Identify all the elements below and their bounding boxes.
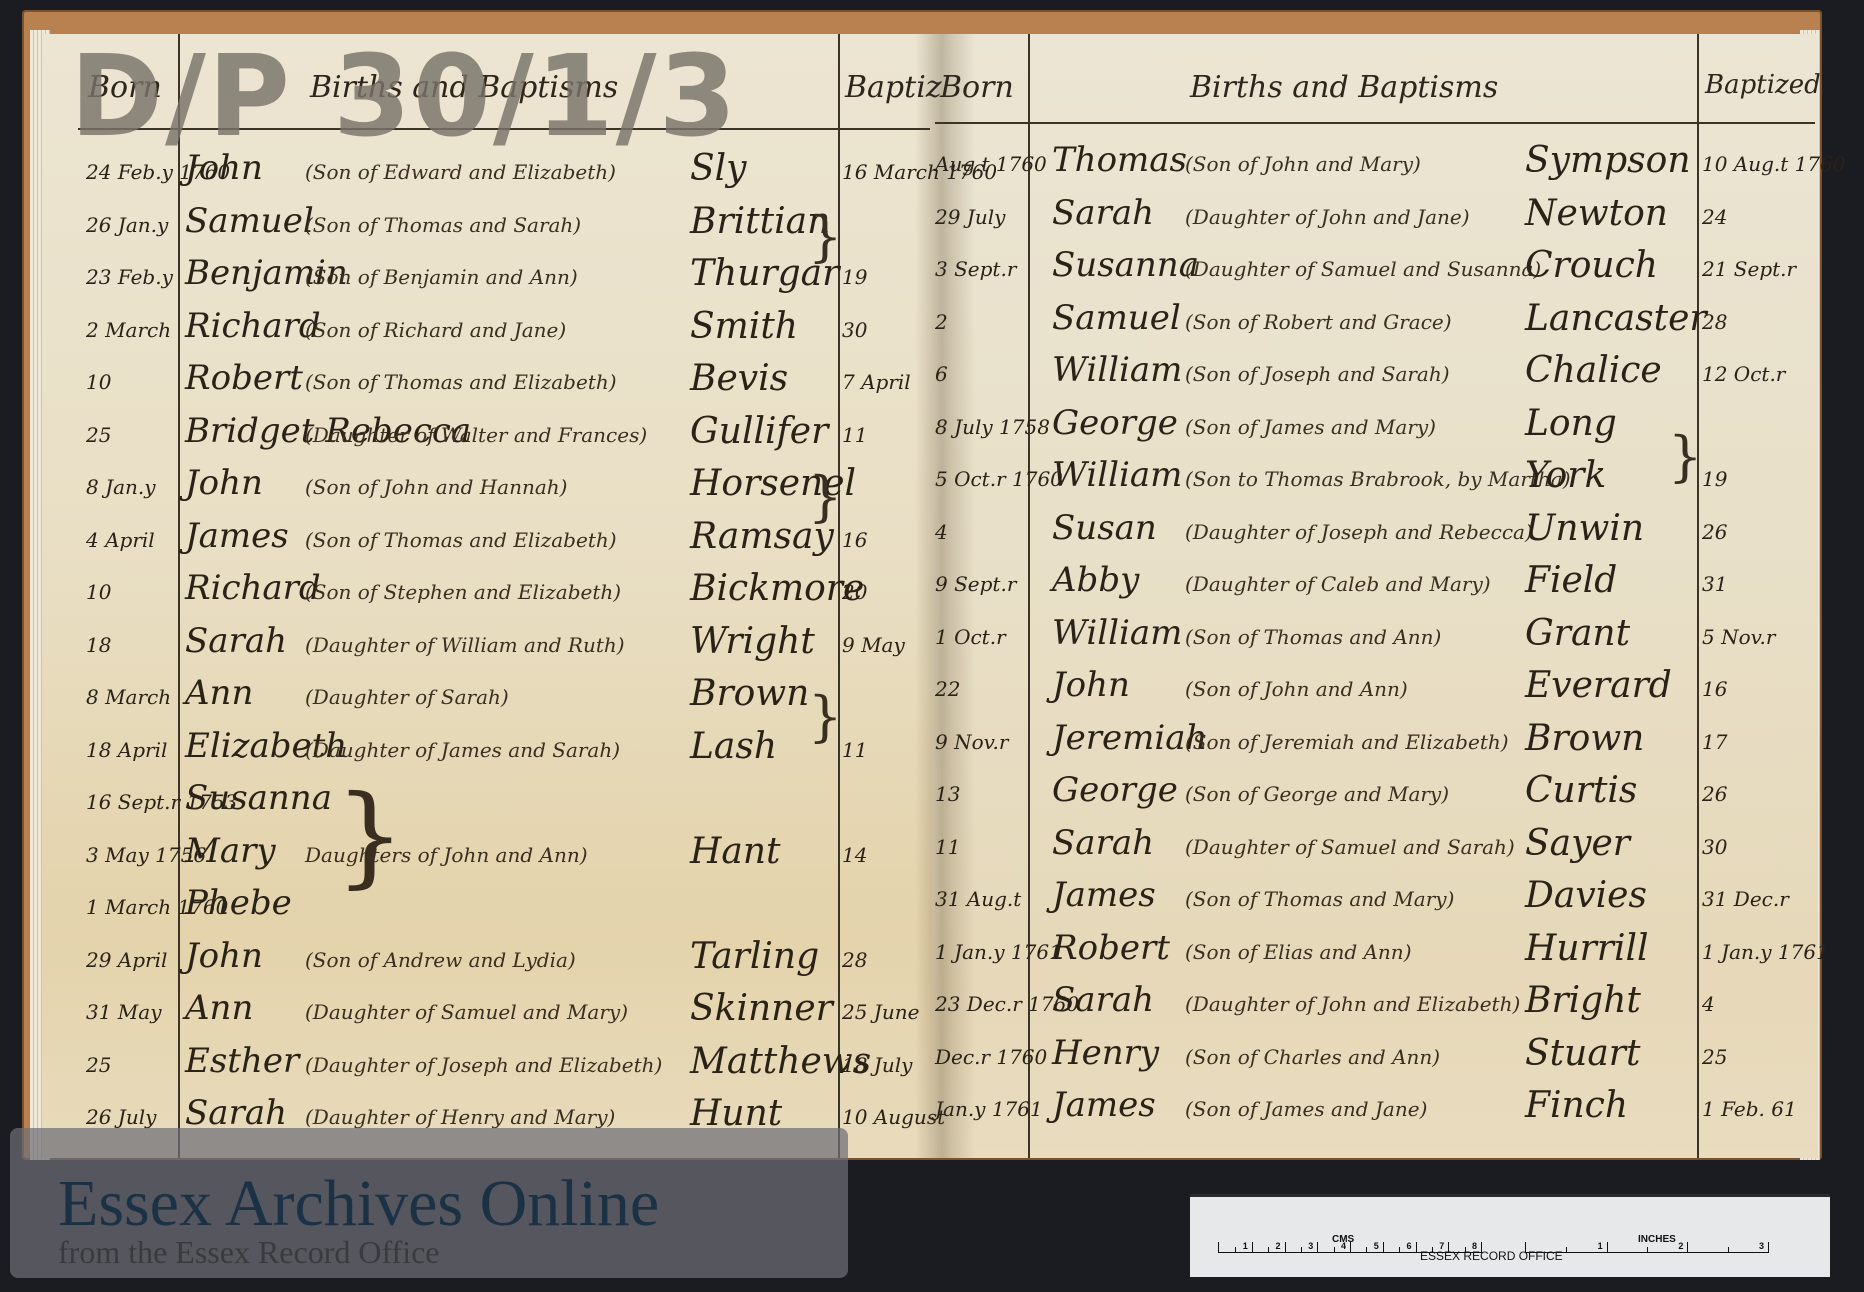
- given-name: Susan: [1052, 508, 1157, 548]
- parents-note: (Son of James and Mary): [1185, 415, 1436, 439]
- given-name: William: [1052, 350, 1182, 390]
- register-entry: 1 Jan.y 1761Robert(Son of Elias and Ann)…: [0, 928, 1864, 978]
- given-name: Sarah: [1052, 193, 1154, 233]
- parents-note: (Daughter of John and Elizabeth): [1185, 992, 1520, 1016]
- surname: York: [1525, 455, 1606, 496]
- parents-note: (Son of Robert and Grace): [1185, 310, 1452, 334]
- ruler-tick: [1301, 1247, 1302, 1252]
- given-name: William: [1052, 613, 1182, 653]
- parents-note: (Son of James and Jane): [1185, 1097, 1427, 1121]
- born-date: 22: [935, 677, 960, 701]
- given-name: James: [1052, 1085, 1156, 1125]
- ruler-number: 1: [1598, 1241, 1603, 1251]
- brace-icon: }: [808, 690, 842, 744]
- ruler-tick: [1687, 1242, 1688, 1252]
- ruler-number: 2: [1678, 1241, 1683, 1251]
- ruler-tick: [1334, 1247, 1335, 1252]
- given-name: Henry: [1052, 1033, 1159, 1073]
- ruler-number: 4: [1341, 1241, 1346, 1251]
- ruler-number: 3: [1759, 1241, 1764, 1251]
- baptism-date: 1 Jan.y 1761: [1702, 940, 1829, 964]
- baptism-date: 16: [1702, 677, 1727, 701]
- surname: Grant: [1525, 613, 1630, 654]
- parents-note: (Daughter of John and Jane): [1185, 205, 1470, 229]
- surname: Everard: [1525, 665, 1672, 706]
- surname: Bright: [1525, 980, 1641, 1021]
- given-name: James: [1052, 875, 1156, 915]
- given-name: Robert: [1052, 928, 1170, 968]
- parents-note: (Son of George and Mary): [1185, 782, 1449, 806]
- parents-note: (Son of John and Ann): [1185, 677, 1408, 701]
- given-name: George: [1052, 770, 1178, 810]
- surname: Finch: [1525, 1085, 1628, 1126]
- ruler-tick: [1252, 1242, 1253, 1252]
- right-born-header: Born: [940, 70, 1014, 105]
- ruler-tick: [1350, 1242, 1351, 1252]
- register-entry: Dec.r 1760Henry(Son of Charles and Ann)S…: [0, 1033, 1864, 1083]
- ruler-tick: [1235, 1247, 1236, 1252]
- register-entry: 8 July 1758George(Son of James and Mary)…: [0, 403, 1864, 453]
- ruler-number: 3: [1308, 1241, 1313, 1251]
- born-date: 29 July: [935, 205, 1005, 229]
- baptism-date: 25: [1702, 1045, 1727, 1069]
- surname: Stuart: [1525, 1033, 1640, 1074]
- parents-note: (Daughter of Samuel and Susanna): [1185, 257, 1541, 281]
- ruler-tick: [1268, 1247, 1269, 1252]
- right-header-rule: [935, 122, 1815, 124]
- parents-note: (Daughter of Joseph and Rebecca): [1185, 520, 1533, 544]
- ruler-tick: [1399, 1247, 1400, 1252]
- ruler-number: 2: [1276, 1241, 1281, 1251]
- register-entry: 2Samuel(Son of Robert and Grace)Lancaste…: [0, 298, 1864, 348]
- archive-banner: Essex Archives Online from the Essex Rec…: [10, 1128, 848, 1278]
- surname: Davies: [1525, 875, 1647, 916]
- ruler-tick: [1383, 1242, 1384, 1252]
- born-date: 3 Sept.r: [935, 257, 1016, 281]
- register-entry: 29 JulySarah(Daughter of John and Jane)N…: [0, 193, 1864, 243]
- baptism-date: 17: [1702, 730, 1727, 754]
- register-entry: 6William(Son of Joseph and Sarah)Chalice…: [0, 350, 1864, 400]
- surname: Crouch: [1525, 245, 1658, 286]
- baptism-date: 10 Aug.t 1760: [1702, 152, 1846, 176]
- brace-icon: }: [1668, 430, 1702, 484]
- ruler-tick: [1647, 1247, 1648, 1252]
- ruler-tick: [1317, 1242, 1318, 1252]
- register-entry: 23 Dec.r 1760Sarah(Daughter of John and …: [0, 980, 1864, 1030]
- left-baptized-header: Baptiz: [845, 70, 942, 105]
- brace-icon: }: [808, 470, 842, 524]
- parents-note: (Daughter of Samuel and Sarah): [1185, 835, 1515, 859]
- surname: Newton: [1525, 193, 1668, 234]
- given-name: John: [1052, 665, 1130, 705]
- baptism-date: 26: [1702, 782, 1727, 806]
- ruler-number: 6: [1407, 1241, 1412, 1251]
- given-name: Susanna: [1052, 245, 1199, 285]
- born-date: 31 Aug.t: [935, 887, 1021, 911]
- surname: Chalice: [1525, 350, 1662, 391]
- right-title-header: Births and Baptisms: [1190, 70, 1498, 105]
- ruler-tick: [1607, 1242, 1608, 1252]
- parents-note: (Son of Charles and Ann): [1185, 1045, 1440, 1069]
- born-date: 2: [935, 310, 948, 334]
- parents-note: (Son of Elias and Ann): [1185, 940, 1412, 964]
- register-entry: 31 Aug.tJames(Son of Thomas and Mary)Dav…: [0, 875, 1864, 925]
- given-name: Thomas: [1052, 140, 1187, 180]
- parents-note: (Son of Thomas and Ann): [1185, 625, 1441, 649]
- baptism-date: 30: [1702, 835, 1727, 859]
- born-date: 4: [935, 520, 948, 544]
- baptism-date: 26: [1702, 520, 1727, 544]
- baptism-date: 5 Nov.r: [1702, 625, 1775, 649]
- surname: Lancaster: [1525, 298, 1707, 339]
- ruler-number: 1: [1243, 1241, 1248, 1251]
- parents-note: (Son of Joseph and Sarah): [1185, 362, 1450, 386]
- surname: Brown: [1525, 718, 1644, 759]
- baptism-date: 19: [1702, 467, 1727, 491]
- ruler-tick: [1566, 1247, 1567, 1252]
- born-date: 1 Jan.y 1761: [935, 940, 1062, 964]
- parents-note: (Son of Thomas and Mary): [1185, 887, 1454, 911]
- surname: Long: [1525, 403, 1617, 444]
- given-name: Sarah: [1052, 980, 1154, 1020]
- baptism-date: 28: [1702, 310, 1727, 334]
- banner-title: Essex Archives Online: [58, 1166, 659, 1242]
- surname: Sympson: [1525, 140, 1691, 181]
- born-date: 5 Oct.r 1760: [935, 467, 1063, 491]
- given-name: William: [1052, 455, 1182, 495]
- banner-subtitle: from the Essex Record Office: [58, 1234, 440, 1271]
- parents-note: (Daughter of Caleb and Mary): [1185, 572, 1491, 596]
- brace-icon: }: [808, 210, 842, 264]
- parents-note: (Son to Thomas Brabrook, by Martha): [1185, 467, 1571, 491]
- ruler-tick: [1416, 1242, 1417, 1252]
- surname: Sayer: [1525, 823, 1630, 864]
- register-entry: 5 Oct.r 1760William(Son to Thomas Brabro…: [0, 455, 1864, 505]
- born-date: 6: [935, 362, 948, 386]
- surname: Field: [1525, 560, 1617, 601]
- born-date: Dec.r 1760: [935, 1045, 1047, 1069]
- given-name: Sarah: [1052, 823, 1154, 863]
- ruler-number: 5: [1374, 1241, 1379, 1251]
- ruler-tick: [1768, 1242, 1769, 1252]
- ruler-office-label: ESSEX RECORD OFFICE: [1420, 1249, 1563, 1263]
- given-name: Abby: [1052, 560, 1139, 600]
- register-entry: 9 Nov.rJeremiah(Son of Jeremiah and Eliz…: [0, 718, 1864, 768]
- surname: Hurrill: [1525, 928, 1649, 969]
- ruler-tick: [1728, 1247, 1729, 1252]
- scale-ruler: CMS 12345678 INCHES 123 ESSEX RECORD OFF…: [1190, 1194, 1830, 1277]
- register-entry: 9 Sept.rAbby(Daughter of Caleb and Mary)…: [0, 560, 1864, 610]
- baptism-date: 24: [1702, 205, 1727, 229]
- register-entry: 11Sarah(Daughter of Samuel and Sarah)Say…: [0, 823, 1864, 873]
- given-name: Samuel: [1052, 298, 1181, 338]
- baptism-date: 12 Oct.r: [1702, 362, 1785, 386]
- given-name: George: [1052, 403, 1178, 443]
- surname: Unwin: [1525, 508, 1644, 549]
- born-date: 9 Nov.r: [935, 730, 1008, 754]
- register-entry: 3 Sept.rSusanna(Daughter of Samuel and S…: [0, 245, 1864, 295]
- register-entry: 22John(Son of John and Ann)Everard16: [0, 665, 1864, 715]
- ruler-tick: [1366, 1247, 1367, 1252]
- baptism-date: 4: [1702, 992, 1715, 1016]
- baptism-date: 21 Sept.r: [1702, 257, 1796, 281]
- born-date: 9 Sept.r: [935, 572, 1016, 596]
- born-date: Jan.y 1761: [935, 1097, 1043, 1121]
- baptism-date: 31: [1702, 572, 1727, 596]
- brace-icon: }: [335, 780, 405, 890]
- baptism-date: 31 Dec.r: [1702, 887, 1789, 911]
- baptism-date: 1 Feb. 61: [1702, 1097, 1797, 1121]
- right-baptized-header: Baptized: [1705, 70, 1821, 100]
- born-date: 1 Oct.r: [935, 625, 1006, 649]
- register-entry: 13George(Son of George and Mary)Curtis26: [0, 770, 1864, 820]
- born-date: Aug.t 1760: [935, 152, 1047, 176]
- surname: Curtis: [1525, 770, 1637, 811]
- register-entry: Aug.t 1760Thomas(Son of John and Mary)Sy…: [0, 140, 1864, 190]
- born-date: 13: [935, 782, 960, 806]
- parents-note: (Son of Jeremiah and Elizabeth): [1185, 730, 1509, 754]
- register-entry: 4Susan(Daughter of Joseph and Rebecca)Un…: [0, 508, 1864, 558]
- born-date: 11: [935, 835, 960, 859]
- parents-note: (Son of John and Mary): [1185, 152, 1421, 176]
- register-entry: 1 Oct.rWilliam(Son of Thomas and Ann)Gra…: [0, 613, 1864, 663]
- born-date: 8 July 1758: [935, 415, 1050, 439]
- ruler-tick: [1285, 1242, 1286, 1252]
